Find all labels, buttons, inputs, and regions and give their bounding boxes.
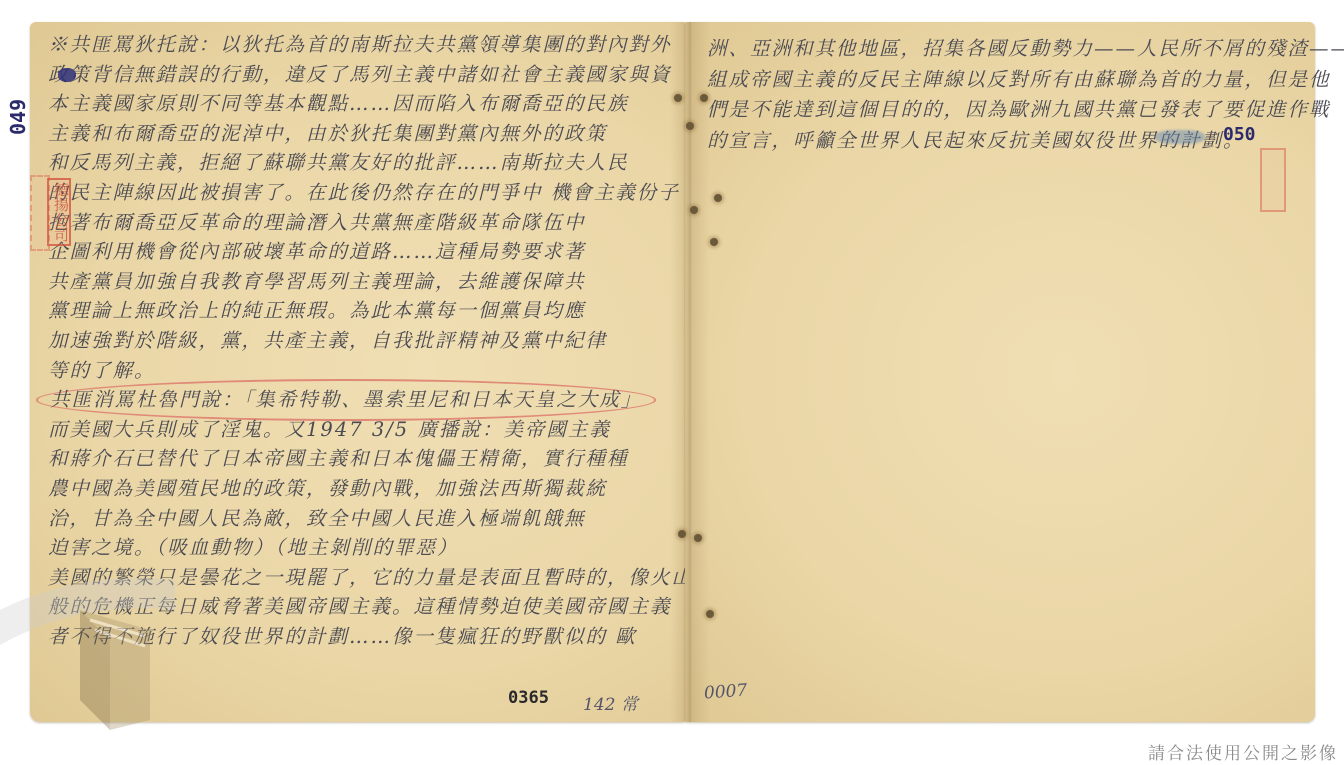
text-line: 企圖利用機會從內部破壞革命的道路……這種局勢要求著 — [48, 237, 693, 267]
text-line: 黨理論上無政治上的純正無瑕。為此本黨每一個黨員均應 — [48, 296, 693, 326]
text-line: 政策背信無錯誤的行動，違反了馬列主義中諸如社會主義國家與資 — [48, 60, 693, 90]
faint-red-seal — [30, 175, 50, 251]
staple-hole — [706, 610, 714, 618]
notebook-spread: ※共匪罵狄托說：以狄托為首的南斯拉夫共黨領導集團的對內對外 政策背信無錯誤的行動… — [30, 22, 1315, 722]
left-page-text: ※共匪罵狄托說：以狄托為首的南斯拉夫共黨領導集團的對內對外 政策背信無錯誤的行動… — [48, 30, 693, 651]
text-line: 而美國大兵則成了淫鬼。又1947 3/5 廣播說：美帝國主義 — [48, 415, 693, 445]
text-line: 主義和布爾喬亞的泥淖中，由於狄托集團對黨內無外的政策 — [48, 119, 693, 149]
text-line: 組成帝國主義的反民主陣線以反對所有由蘇聯為首的力量，但是他 — [707, 65, 1344, 96]
pencil-note-right: 0007 — [703, 681, 748, 704]
text-line: 和反馬列主義，拒絕了蘇聯共黨友好的批評……南斯拉夫人民 — [48, 148, 693, 178]
text-line: 治，甘為全中國人民為敵，致全中國人民進入極端飢餓無 — [48, 504, 693, 534]
pencil-note-left: 142 常 — [583, 690, 638, 715]
text-line: 本主義國家原則不同等基本觀點……因而陷入布爾喬亞的民族 — [48, 89, 693, 119]
text-line: 和蔣介石已替代了日本帝國主義和日本傀儡王精衛，實行種種 — [48, 444, 693, 474]
right-page: 洲、亞洲和其他地區，招集各國反動勢力——人民所不屑的殘渣—— 組成帝國主義的反民… — [685, 22, 1315, 722]
faint-red-seal-right — [1260, 148, 1286, 212]
text-line: 迫害之境。（吸血動物）（地主剝削的罪惡） — [48, 533, 693, 563]
staple-hole — [694, 534, 702, 542]
staple-hole — [700, 94, 708, 102]
red-seal-stamp: 德揚公司 — [47, 178, 71, 246]
archive-logo-watermark-icon — [0, 570, 175, 730]
usage-watermark: 請合法使用公開之影像 — [1148, 739, 1338, 764]
text-line: 洲、亞洲和其他地區，招集各國反動勢力——人民所不屑的殘渣—— — [707, 34, 1344, 65]
ink-blot — [58, 68, 76, 82]
page-number-stamp-right: 050 — [1223, 124, 1256, 145]
text-line: 共產黨員加強自我教育學習馬列主義理論，去維護保障共 — [48, 267, 693, 297]
text-line: ※共匪罵狄托說：以狄托為首的南斯拉夫共黨領導集團的對內對外 — [48, 30, 693, 60]
ink-smudge — [1155, 130, 1205, 144]
text-line: 農中國為美國殖民地的政策，發動內戰，加強法西斯獨裁統 — [48, 474, 693, 504]
text-line: 們是不能達到這個目的的，因為歐洲九國共黨已發表了要促進作戰 — [707, 95, 1344, 126]
staple-hole — [714, 194, 722, 202]
staple-hole — [710, 238, 718, 246]
staple-hole — [690, 206, 698, 214]
staple-hole — [686, 122, 694, 130]
archive-number-stamp: 0365 — [508, 688, 549, 708]
text-line: 抱著布爾喬亞反革命的理論潛入共黨無產階級革命隊伍中 — [48, 208, 693, 238]
staple-hole — [678, 530, 686, 538]
text-line: 的民主陣線因此被損害了。在此後仍然存在的門爭中 機會主義份子 — [48, 178, 693, 208]
page-number-stamp-left: 049 — [6, 99, 30, 135]
text-line: 加速強對於階級，黨，共產主義，自我批評精神及黨中紀律 — [48, 326, 693, 356]
text-line-circled: 共匪消罵杜魯門說：「集希特勒、墨索里尼和日本天皇之大成」 — [48, 385, 693, 415]
staple-hole — [674, 94, 682, 102]
